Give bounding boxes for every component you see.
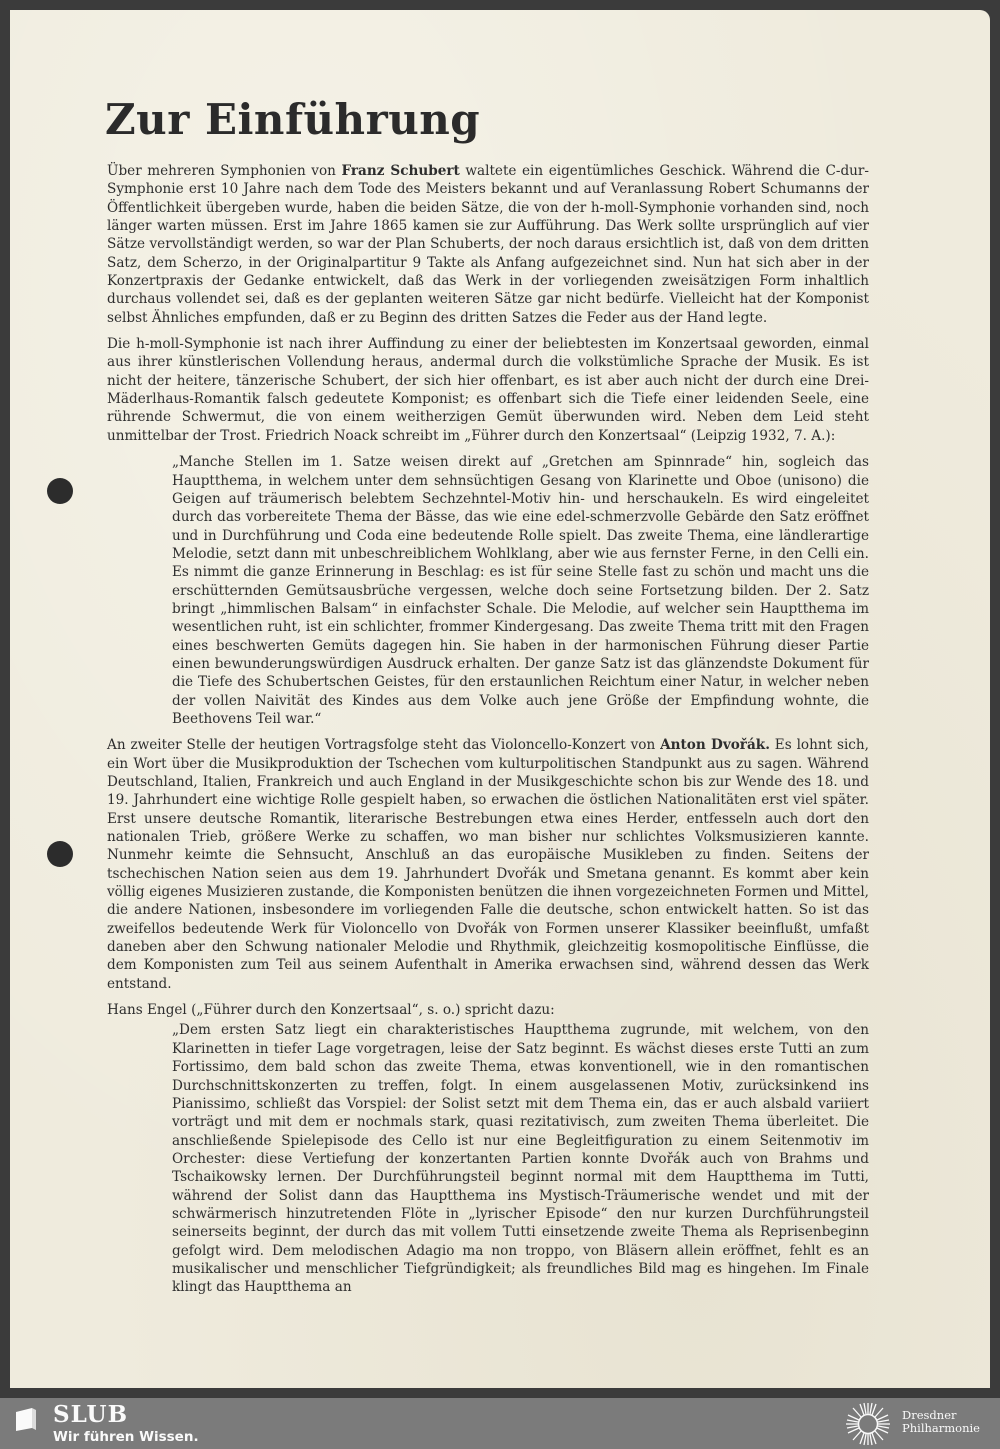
slub-book-icon bbox=[14, 1406, 40, 1432]
slub-tagline: Wir führen Wissen. bbox=[53, 1429, 199, 1445]
footer-bar: SLUB Wir führen Wissen. bbox=[0, 1398, 1000, 1449]
dresdner-philharmonie-logo-text: Dresdner Philharmonie bbox=[902, 1409, 980, 1435]
blockquote-noack: „Manche Stellen im 1. Satze weisen direk… bbox=[107, 453, 869, 728]
punch-hole-bottom bbox=[47, 841, 73, 867]
paragraph-dvorak: An zweiter Stelle der heutigen Vortragsf… bbox=[107, 736, 869, 993]
composer-name-schubert: Franz Schubert bbox=[341, 163, 459, 179]
paragraph-schubert-intro: Über mehreren Symphonien von Franz Schub… bbox=[107, 162, 869, 327]
body-text-top: Über mehreren Symphonien von Franz Schub… bbox=[107, 162, 869, 1297]
paragraph-h-moll: Die h-moll-Symphonie ist nach ihrer Auff… bbox=[107, 335, 869, 445]
slub-logo-text: SLUB bbox=[53, 1401, 128, 1428]
dresdner-philharmonie-sunburst-icon bbox=[840, 1401, 896, 1447]
page-title: Zur Einführung bbox=[105, 95, 480, 145]
blockquote-engel: „Dem ersten Satz liegt ein charakteristi… bbox=[107, 1021, 869, 1296]
punch-hole-top bbox=[47, 478, 73, 504]
paragraph-engel-intro: Hans Engel („Führer durch den Konzertsaa… bbox=[107, 1001, 869, 1019]
composer-name-dvorak: Anton Dvořák. bbox=[660, 737, 770, 753]
